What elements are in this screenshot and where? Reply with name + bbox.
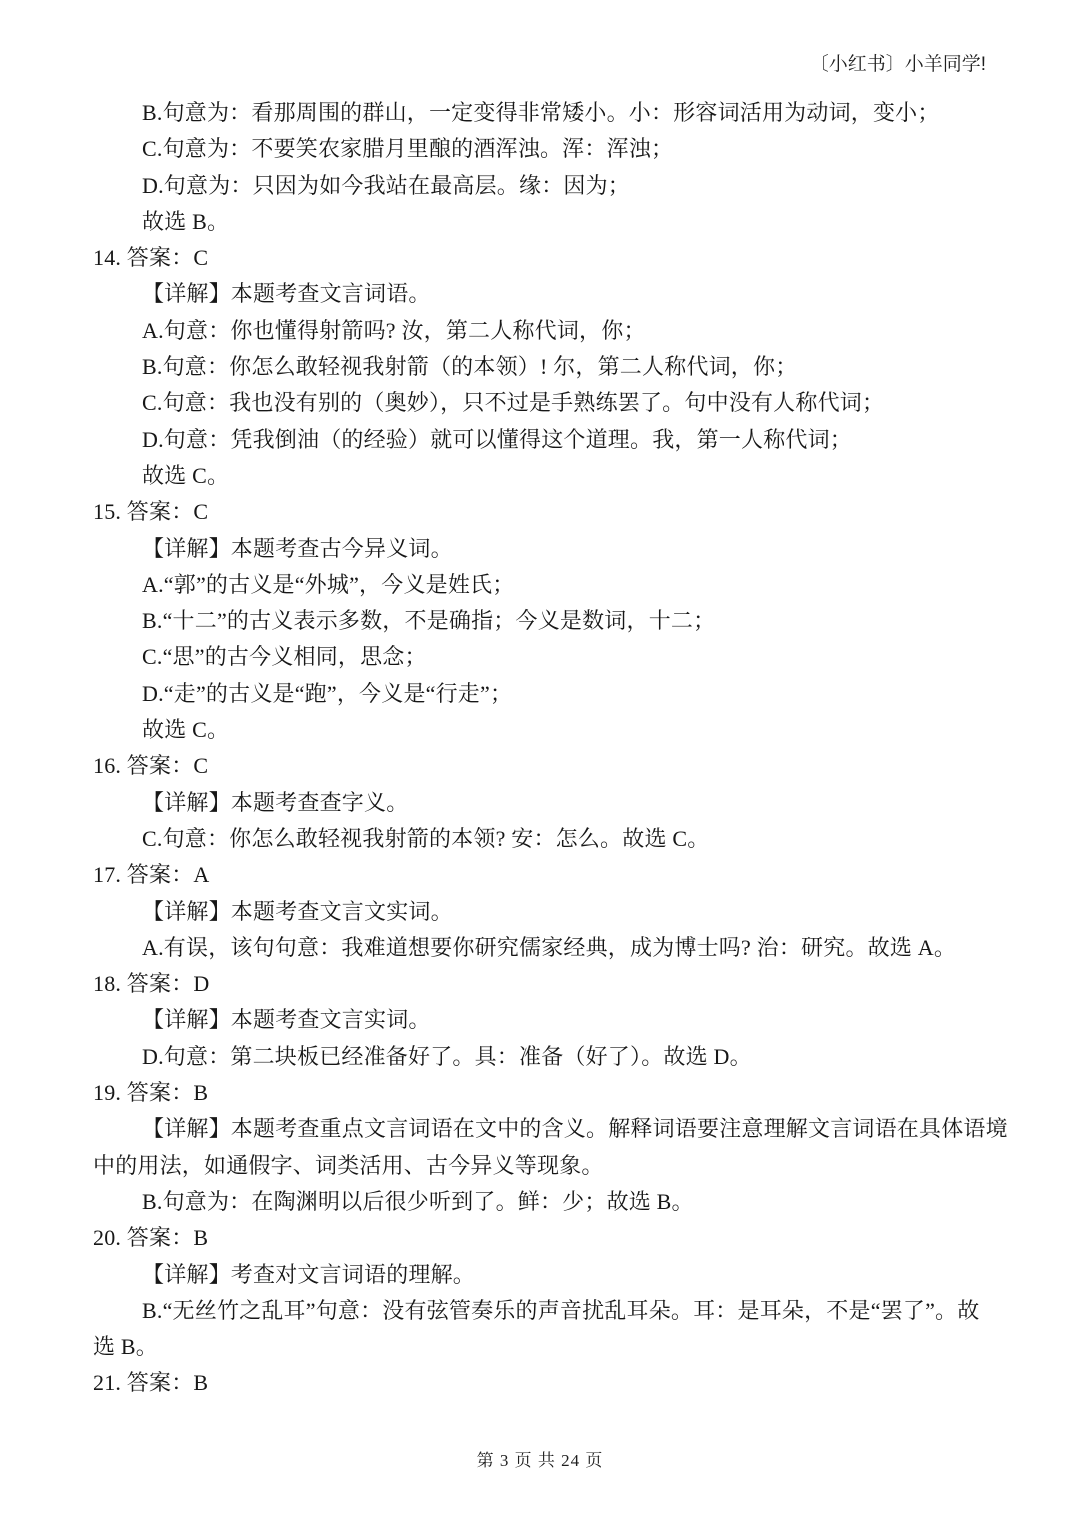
text-line: B.“无丝竹之乱耳”句意：没有弦管奏乐的声音扰乱耳朵。耳：是耳朵，不是“罢了”。… bbox=[93, 1293, 987, 1329]
page-number-footer: 第 3 页 共 24 页 bbox=[0, 1448, 1080, 1474]
text-line: A.句意：你也懂得射箭吗? 汝，第二人称代词，你； bbox=[93, 313, 987, 349]
text-line: B.句意：你怎么敢轻视我射箭（的本领）! 尔，第二人称代词，你； bbox=[93, 349, 987, 385]
text-line: 故选 C。 bbox=[93, 712, 987, 748]
text-line: A.“郭”的古义是“外城”，今义是姓氏； bbox=[93, 567, 987, 603]
text-line: C.句意为：不要笑农家腊月里酿的酒浑浊。浑：浑浊； bbox=[93, 131, 987, 167]
text-line: D.句意：凭我倒油（的经验）就可以懂得这个道理。我，第一人称代词； bbox=[93, 422, 987, 458]
text-line: 中的用法，如通假字、词类活用、古今异义等现象。 bbox=[93, 1148, 987, 1184]
text-line: 17. 答案：A bbox=[93, 857, 987, 893]
text-line: 14. 答案：C bbox=[93, 240, 987, 276]
text-line: 选 B。 bbox=[93, 1329, 987, 1365]
text-line: C.句意：你怎么敢轻视我射箭的本领? 安：怎么。故选 C。 bbox=[93, 821, 987, 857]
text-line: B.“十二”的古义表示多数，不是确指；今义是数词，十二； bbox=[93, 603, 987, 639]
text-line: D.句意：第二块板已经准备好了。具：准备（好了）。故选 D。 bbox=[93, 1039, 987, 1075]
text-line: 16. 答案：C bbox=[93, 748, 987, 784]
text-line: 【详解】本题考查重点文言词语在文中的含义。解释词语要注意理解文言词语在具体语境 bbox=[93, 1111, 987, 1147]
text-line: C.“思”的古今义相同，思念； bbox=[93, 639, 987, 675]
text-line: 21. 答案：B bbox=[93, 1365, 987, 1401]
document-body: B.句意为：看那周围的群山，一定变得非常矮小。小：形容词活用为动词，变小；C.句… bbox=[93, 95, 987, 1402]
text-line: 20. 答案：B bbox=[93, 1220, 987, 1256]
text-line: 18. 答案：D bbox=[93, 966, 987, 1002]
text-line: 【详解】本题考查古今异义词。 bbox=[93, 531, 987, 567]
text-line: A.有误，该句句意：我难道想要你研究儒家经典，成为博士吗? 治：研究。故选 A。 bbox=[93, 930, 987, 966]
text-line: 19. 答案：B bbox=[93, 1075, 987, 1111]
document-page: 〔小红书〕小羊同学! B.句意为：看那周围的群山，一定变得非常矮小。小：形容词活… bbox=[0, 0, 1080, 1527]
text-line: 故选 B。 bbox=[93, 204, 987, 240]
text-line: C.句意：我也没有别的（奥妙），只不过是手熟练罢了。句中没有人称代词； bbox=[93, 385, 987, 421]
text-line: D.句意为：只因为如今我站在最高层。缘：因为； bbox=[93, 168, 987, 204]
text-line: 【详解】本题考查文言词语。 bbox=[93, 276, 987, 312]
text-line: D.“走”的古义是“跑”，今义是“行走”； bbox=[93, 676, 987, 712]
text-line: 【详解】本题考查查字义。 bbox=[93, 785, 987, 821]
text-line: 【详解】本题考查文言实词。 bbox=[93, 1002, 987, 1038]
text-line: 15. 答案：C bbox=[93, 494, 987, 530]
text-line: B.句意为：在陶渊明以后很少听到了。鲜：少；故选 B。 bbox=[93, 1184, 987, 1220]
text-line: 【详解】本题考查文言文实词。 bbox=[93, 894, 987, 930]
text-line: B.句意为：看那周围的群山，一定变得非常矮小。小：形容词活用为动词，变小； bbox=[93, 95, 987, 131]
header-watermark-text: 〔小红书〕小羊同学! bbox=[810, 52, 986, 78]
text-line: 【详解】考查对文言词语的理解。 bbox=[93, 1257, 987, 1293]
text-line: 故选 C。 bbox=[93, 458, 987, 494]
